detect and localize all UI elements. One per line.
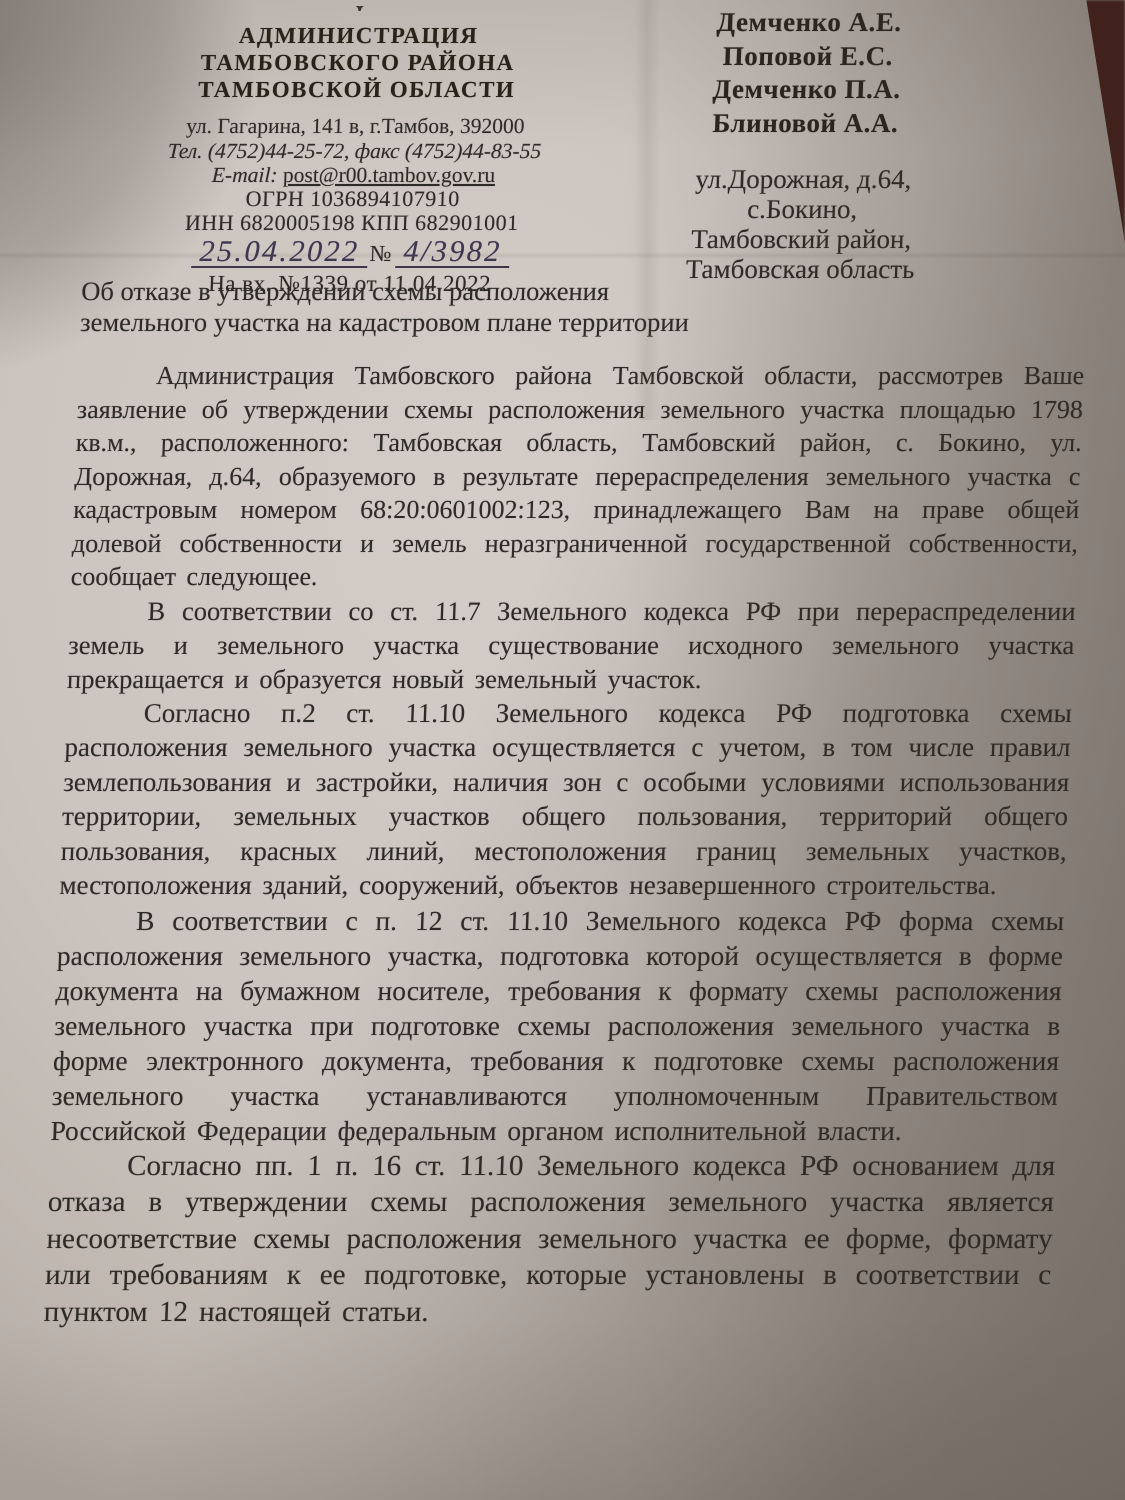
org-inn-kpp: ИНН 6820005198 КПП 682901001 — [141, 211, 562, 235]
letter-body: Администрация Тамбовского района Тамбовс… — [43, 359, 1085, 1330]
org-postal-address: ул. Гагарина, 141 в, г.Тамбов, 392000 — [145, 114, 566, 139]
body-paragraph: Согласно пп. 1 п. 16 ст. 11.10 Земельног… — [43, 1148, 1056, 1331]
recipient-address-line: ул.Дорожная, д.64, — [635, 164, 972, 194]
org-phone-fax: Тел. (4752)44-25-72, факс (4752)44-83-55 — [144, 139, 565, 163]
outgoing-ref-line: 25.04.2022 № 4/3982 — [140, 236, 561, 268]
org-ogrn: ОГРН 1036894107910 — [142, 187, 563, 211]
handwritten-date: 25.04.2022 — [191, 239, 368, 268]
recipient-address-line: с.Бокино, — [634, 194, 971, 224]
recipient-address-line: Тамбовский район, — [633, 224, 970, 254]
recipient-name: Демченко А.Е. — [641, 6, 978, 40]
org-name-line: АДМИНИСТРАЦИЯ — [148, 22, 569, 49]
letter-page: АДМИНИСТРАЦИЯ ТАМБОВСКОГО РАЙОНА ТАМБОВС… — [0, 0, 1125, 1500]
document-photo: АДМИНИСТРАЦИЯ ТАМБОВСКОГО РАЙОНА ТАМБОВС… — [0, 0, 1125, 1500]
body-paragraph: Администрация Тамбовского района Тамбовс… — [70, 359, 1085, 594]
body-paragraph: В соответствии с п. 12 ст. 11.10 Земельн… — [50, 903, 1065, 1148]
org-name-line: ТАМБОВСКОГО РАЙОНА — [147, 49, 568, 76]
recipient-name: Демченко П.А. — [638, 73, 975, 107]
org-name-line: ТАМБОВСКОЙ ОБЛАСТИ — [146, 76, 567, 103]
email-address: post@r00.tambov.gov.ru — [283, 163, 496, 187]
org-email-line: E-mail: post@r00.tambov.gov.ru — [143, 163, 564, 187]
recipient-name: Блиновой А.А. — [637, 107, 974, 141]
recipients-block: Демченко А.Е. Поповой Е.С. Демченко П.А.… — [632, 6, 978, 284]
emblem-icon — [149, 6, 570, 22]
letterhead: АДМИНИСТРАЦИЯ ТАМБОВСКОГО РАЙОНА ТАМБОВС… — [139, 6, 570, 297]
letter-subject: Об отказе в утверждении схемы расположен… — [80, 276, 692, 338]
email-label: E-mail: — [211, 163, 278, 187]
body-paragraph: В соответствии со ст. 11.7 Земельного ко… — [66, 594, 1076, 696]
recipient-address: ул.Дорожная, д.64, с.Бокино, Тамбовский … — [632, 164, 972, 284]
number-sign: № — [367, 241, 396, 268]
handwritten-number: 4/3982 — [395, 239, 510, 268]
recipient-name: Поповой Е.С. — [639, 40, 976, 74]
body-paragraph: Согласно п.2 ст. 11.10 Земельного кодекс… — [59, 696, 1073, 903]
